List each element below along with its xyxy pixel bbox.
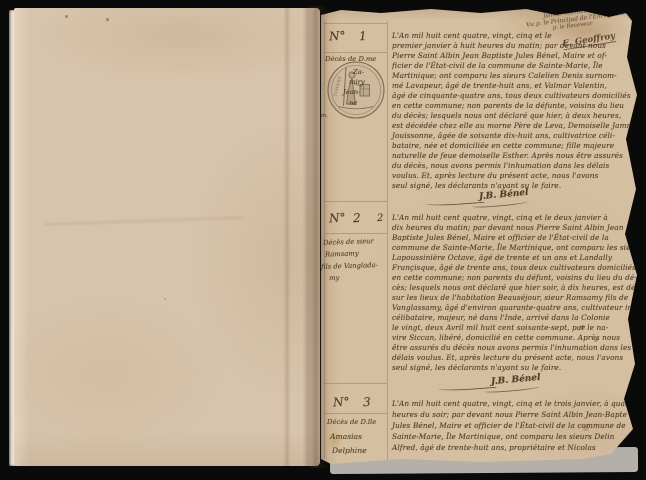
margin-divider (324, 23, 387, 24)
margin-note: Delphine (332, 446, 367, 455)
manuscript-line: vire Siccan, libéré, domicilié en cette … (392, 333, 620, 342)
manuscript-line: Lapoussinière Octave, âgé de trente et u… (392, 253, 612, 262)
entry-number: 1 (359, 29, 367, 43)
manuscript-line: Sainte-Marie, Île Martinique, ont compar… (392, 432, 614, 441)
manuscript-line: âgé de cinquante-quatre ans, tous deux c… (392, 91, 631, 100)
margin-divider (324, 233, 387, 234)
margin-divider (324, 413, 387, 414)
manuscript-line: Baptiste Jules Bénel, Maire et officier … (392, 233, 609, 242)
manuscript-line: cès; lesquels nous ont déclaré que hier … (392, 283, 646, 292)
manuscript-line: du décès, nous avons permis l'inhumation… (392, 161, 609, 170)
entry-number-prefix: N° (329, 211, 346, 226)
margin-rule-right (387, 21, 388, 461)
registrar-signature: E. Geoffroy (562, 31, 616, 50)
manuscript-line: est décédée chez elle au morne Père de L… (392, 121, 639, 130)
entry-number-duplicate: 2 (377, 213, 384, 224)
entry-number: 3 (363, 395, 371, 409)
margin-divider (324, 52, 387, 53)
margin-divider (324, 201, 387, 202)
manuscript-line: bataire, née et domiciliée en cette comm… (392, 141, 614, 150)
stamp-caption: m. (321, 113, 328, 119)
manuscript-line: seul signé, les déclarants n'ayant su le… (392, 181, 561, 190)
paper-speck (164, 298, 166, 300)
manuscript-line: seul signé, les déclarants n'ayant su le… (392, 363, 561, 372)
manuscript-line: Alfred, âgé de trente-huit ans, propriét… (392, 443, 596, 452)
paper-crease (283, 8, 291, 466)
margin-note: Amasias (330, 432, 362, 441)
manuscript-line: en cette commune; non parents de la défu… (392, 101, 624, 110)
manuscript-line: le vingt, deux Avril mil huit cent soixa… (392, 323, 608, 332)
photographed-register: Janvier mil huit cent Vu p. le Principal… (0, 0, 646, 480)
manuscript-line: être assurés du décès nous avons permis … (392, 343, 631, 352)
manuscript-line: sur les lieux de l'habitation Beauséjour… (392, 293, 628, 302)
manuscript-line: Martinique; ont comparu les sieurs Calel… (392, 71, 617, 80)
paper-speck (106, 18, 109, 21)
manuscript-line: Jouissonne, âgée de soixante dix-huit an… (392, 131, 615, 140)
entry-number-prefix: N° (329, 29, 346, 44)
officer-signature: J.B. Bénel (491, 373, 541, 387)
paper-stain (580, 325, 585, 330)
manuscript-line: ficier de l'État-civil de la commune de … (392, 61, 603, 70)
manuscript-line: L'An mil huit cent quatre, vingt, cinq e… (392, 213, 608, 222)
entry-number: 2 (353, 211, 361, 225)
margin-note: miry (349, 78, 365, 86)
margin-note: Ramsamy (325, 249, 359, 258)
manuscript-line: dix heures du matin; par devant nous Pie… (392, 223, 624, 232)
margin-divider (324, 383, 387, 384)
paper-crease (302, 8, 312, 466)
manuscript-line: heures du soir; par devant nous Pierre S… (392, 410, 627, 419)
officer-signature: J.B. Bénel (479, 188, 529, 202)
margin-note: Décès de sieur (323, 237, 374, 247)
margin-note: Za- (353, 68, 364, 76)
paper-stain (594, 338, 598, 342)
manuscript-line: Vanglassamy, âgé d'environ quarante-quat… (392, 303, 635, 312)
margin-note: ne (349, 99, 357, 107)
manuscript-line: L'An mil huit cent quatre, vingt, cinq e… (392, 399, 636, 408)
manuscript-line: mé Lavapeur, âgé de trente-huit ans, et … (392, 81, 607, 90)
manuscript-line: célibataire, majeur, né dans l'Inde, arr… (392, 313, 610, 322)
entry-number-prefix: N° (333, 395, 350, 410)
manuscript-line: délais voulus. Et, après lecture du prés… (392, 353, 623, 362)
manuscript-line: Françisque, âgé de trente ans, tous deux… (392, 263, 636, 272)
paper-speck (65, 15, 68, 18)
manuscript-line: commune de Sainte-Marie, Île Martinique,… (392, 243, 643, 252)
manuscript-line: du décès; lesquels nous ont déclaré que … (392, 111, 621, 120)
margin-note: Jean- (343, 88, 360, 96)
manuscript-line: Jules Bénel, Maire et officier de l'État… (392, 421, 626, 430)
manuscript-line: Pierre Saint Albin Jean Baptiste Jules B… (392, 51, 607, 60)
paper-crease (44, 215, 244, 228)
registration-annotation: Janvier mil huit cent Vu p. le Principal… (525, 2, 639, 53)
margin-note: my (329, 274, 340, 282)
left-blank-page (14, 8, 320, 466)
margin-note: fils de Vanglada- (321, 261, 378, 271)
register-page: Janvier mil huit cent Vu p. le Principal… (321, 7, 637, 464)
margin-note: Décès de D.me (325, 55, 376, 63)
margin-note: Décès de D.lle (327, 418, 376, 426)
manuscript-line: en cette commune; non parents du défunt,… (392, 273, 637, 282)
paper-stain (583, 425, 589, 431)
manuscript-line: voulus. Et, après lecture du présent act… (392, 171, 598, 180)
manuscript-line: naturelle de feue demoiselle Esther. Apr… (392, 151, 623, 160)
